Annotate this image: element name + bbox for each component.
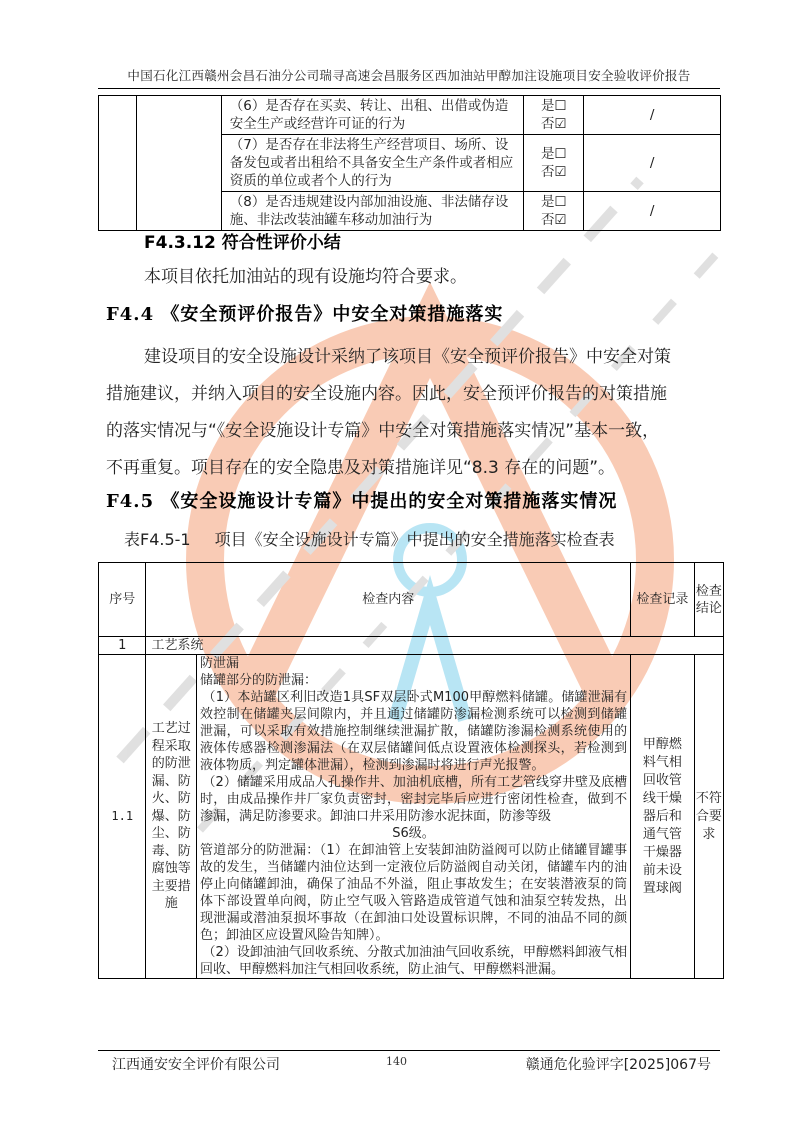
check-content: 防泄漏 储罐部分的防泄漏： （1）本站罐区利旧改造1具SF双层卧式M100甲醇燃… (196, 655, 630, 979)
check-item: （7）是否存在非法将生产经营项目、场所、设备发包或者出租给不具备安全生产条件或者… (221, 135, 524, 192)
content-line: （2）设卸油油气回收系统、分散式加油油气回收系统，甲醇燃料卸液气相回收、甲醇燃料… (200, 944, 627, 978)
yes-no-checkbox: 是☐ 否☑ (524, 96, 584, 135)
no-checkbox: 否☑ (524, 211, 583, 229)
check-item: （6）是否存在买卖、转让、出租、出借或伪造安全生产或经营许可证的行为 (221, 96, 524, 135)
content-line: S6级。 (200, 825, 627, 842)
yes-no-checkbox: 是☐ 否☑ (524, 192, 584, 231)
section-heading-f45: F4.5 《安全设施设计专篇》中提出的安全对策措施落实情况 (106, 487, 617, 513)
yes-checkbox: 是☐ (524, 97, 583, 115)
footer-document-number: 赣通危化验评字[2025]067号 (526, 1054, 711, 1074)
continued-check-table: （6）是否存在买卖、转让、出租、出借或伪造安全生产或经营许可证的行为 是☐ 否☑… (98, 95, 721, 231)
category-seq: 1 (99, 637, 146, 655)
header-record: 检查记录 (631, 563, 695, 637)
check-record: 甲醇燃料气相回收管线干燥器后和通气管干燥器前未设置球阀 (631, 655, 695, 979)
section-heading-f4312: F4.3.12 符合性评价小结 (144, 228, 341, 253)
paragraph-line: 不再重复。项目存在的安全隐患及对策措施详见“8.3 存在的问题”。 (106, 453, 615, 478)
category-name: 工艺系统 (146, 637, 724, 655)
table-number: 表F4.5-1 (124, 530, 191, 549)
yes-checkbox: 是☐ (524, 193, 583, 211)
content-line: 储罐部分的防泄漏： (200, 672, 627, 689)
paragraph-line: 的落实情况与“《安全设施设计专篇》中安全对策措施落实情况”基本一致， (106, 416, 659, 441)
table-row: （6）是否存在买卖、转让、出租、出借或伪造安全生产或经营许可证的行为 是☐ 否☑… (99, 96, 721, 135)
header-seq: 序号 (99, 563, 146, 637)
no-checkbox: 否☑ (524, 163, 583, 181)
header-divider (98, 88, 720, 89)
table-caption-text: 项目《安全设施设计专篇》中提出的安全措施落实检查表 (215, 530, 615, 549)
seq-cell (99, 96, 137, 231)
footer-divider (98, 1050, 720, 1051)
category-cell (136, 96, 221, 231)
report-header-title: 中国石化江西赣州会昌石油分公司瑞寻高速会昌服务区西加油站甲醇加注设施项目安全验收… (98, 66, 720, 84)
check-item: （8）是否违规建设内部加油设施、非法储存设施、非法改装油罐车移动加油行为 (221, 192, 524, 231)
result-cell: / (584, 96, 721, 135)
yes-no-checkbox: 是☐ 否☑ (524, 135, 584, 192)
sub-item: 工艺过程采取的防泄漏、防火、防爆、防尘、防毒、防腐蚀等主要措施 (146, 655, 196, 979)
header-content: 检查内容 (146, 563, 631, 637)
table-header-row: 序号 检查内容 检查记录 检查结论 (99, 563, 724, 637)
check-conclusion: 不符合要求 (694, 655, 723, 979)
safety-measures-check-table: 序号 检查内容 检查记录 检查结论 1 工艺系统 1.1 工艺过程采取的防泄漏、… (98, 562, 724, 979)
content-line: 防泄漏 (200, 655, 627, 672)
category-row: 1 工艺系统 (99, 637, 724, 655)
table-caption: 表F4.5-1项目《安全设施设计专篇》中提出的安全措施落实检查表 (124, 527, 615, 550)
content-line: （2）储罐采用成品人孔操作井、加油机底槽，所有工艺管线穿井壁及底槽时，由成品操作… (200, 774, 627, 825)
header-conclusion: 检查结论 (694, 563, 723, 637)
paragraph-line: 建设项目的安全设施设计采纳了该项目《安全预评价报告》中安全对策 (144, 342, 671, 367)
content-line: （1）本站罐区利旧改造1具SF双层卧式M100甲醇燃料储罐。储罐泄漏有效控制在储… (200, 689, 627, 774)
yes-checkbox: 是☐ (524, 145, 583, 163)
document-page: 中国石化江西赣州会昌石油分公司瑞寻高速会昌服务区西加油站甲醇加注设施项目安全验收… (0, 0, 793, 1122)
table-row: 1.1 工艺过程采取的防泄漏、防火、防爆、防尘、防毒、防腐蚀等主要措施 防泄漏 … (99, 655, 724, 979)
section-heading-f44: F4.4 《安全预评价报告》中安全对策措施落实 (106, 300, 503, 326)
no-checkbox: 否☑ (524, 115, 583, 133)
row-seq: 1.1 (99, 655, 146, 979)
content-line: 管道部分的防泄漏：（1）在卸油管上安装卸油防溢阀可以防止储罐冒罐事故的发生，当储… (200, 842, 627, 944)
result-cell: / (584, 135, 721, 192)
paragraph-line: 措施建议，并纳入项目的安全设施内容。因此，安全预评价报告的对策措施 (106, 379, 667, 404)
result-cell: / (584, 192, 721, 231)
section-body-f4312: 本项目依托加油站的现有设施均符合要求。 (144, 262, 467, 287)
